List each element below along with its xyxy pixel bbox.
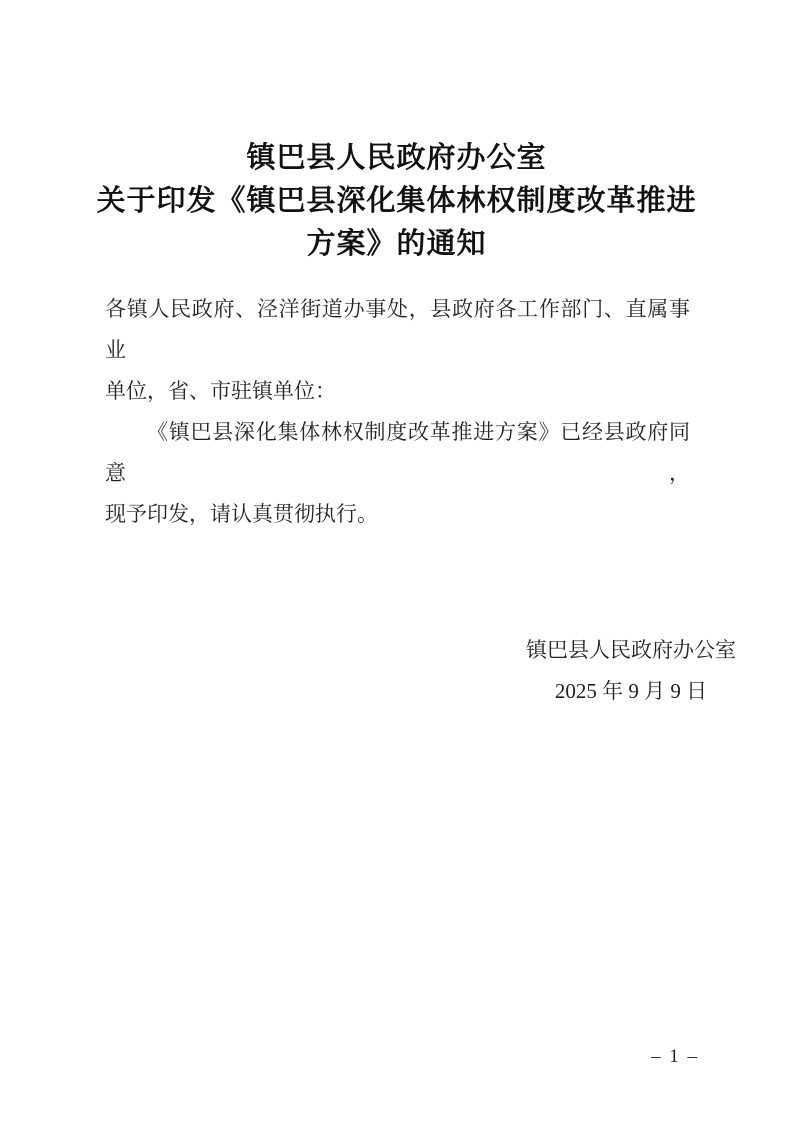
page-number: – 1 – <box>651 1046 697 1068</box>
document-page: 镇巴县人民政府办公室 关于印发《镇巴县深化集体林权制度改革推进 方案》的通知 各… <box>0 0 793 1122</box>
salutation-line-2: 单位，省、市驻镇单位： <box>105 371 690 412</box>
title-line-2: 关于印发《镇巴县深化集体林权制度改革推进 <box>0 180 793 223</box>
signature-issuer: 镇巴县人民政府办公室 <box>526 630 736 671</box>
document-title: 镇巴县人民政府办公室 关于印发《镇巴县深化集体林权制度改革推进 方案》的通知 <box>0 0 793 266</box>
title-line-1: 镇巴县人民政府办公室 <box>0 137 793 180</box>
signature-date: 2025 年 9 月 9 日 <box>526 671 736 711</box>
salutation-line-1: 各镇人民政府、泾洋街道办事处，县政府各工作部门、直属事业 <box>105 289 690 371</box>
signature-inner: 镇巴县人民政府办公室 2025 年 9 月 9 日 <box>526 630 736 711</box>
paragraph-line-1: 《镇巴县深化集体林权制度改革推进方案》已经县政府同意， <box>105 412 690 494</box>
paragraph-line-2: 现予印发，请认真贯彻执行。 <box>105 494 690 535</box>
title-line-3: 方案》的通知 <box>0 223 793 266</box>
document-body: 各镇人民政府、泾洋街道办事处，县政府各工作部门、直属事业 单位，省、市驻镇单位：… <box>105 289 690 535</box>
signature-block: 镇巴县人民政府办公室 2025 年 9 月 9 日 <box>0 630 793 711</box>
